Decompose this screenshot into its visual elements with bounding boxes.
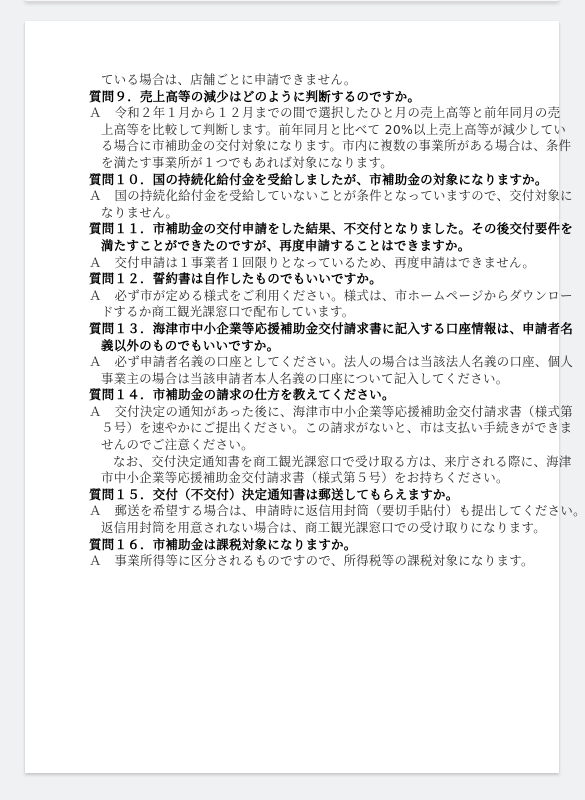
answer-13: Ａ 必ず申請者名義の口座としてください。法人の場合は当該法人名義の口座、個人 — [89, 354, 501, 371]
answer-14: Ａ 交付決定の通知があった後に、海津市中小企業等応援補助金交付請求書（様式第 — [89, 404, 501, 421]
answer-paragraph-note: なお、交付決定通知書を商工観光課窓口で受け取る方は、来庁される際に、海津 — [89, 454, 501, 471]
question-15: 質問１５．交付（不交付）決定通知書は郵送してもらえますか。 — [89, 487, 501, 504]
question-11: 質問１１．市補助金の交付申請をした結果、不交付となりました。その後交付要件を — [89, 221, 501, 238]
answer-continuation: 上高等を比較して判断します。前年同月と比べて 20%以上売上高等が減少してい — [89, 122, 501, 139]
question-continuation: 満たすことができたのですが、再度申請することはできますか。 — [89, 238, 501, 255]
answer-continuation: 事業主の場合は当該申請者本人名義の口座について記入してください。 — [89, 371, 501, 388]
answer-continuation: なりません。 — [89, 205, 501, 222]
question-14: 質問１４．市補助金の請求の仕方を教えてください。 — [89, 387, 501, 404]
question-16: 質問１６．市補助金は課税対象になりますか。 — [89, 537, 501, 554]
answer-continuation: ５号）を速やかにご提出ください。この請求がないと、市は支払い手続きができま — [89, 420, 501, 437]
answer-continuation: ている場合は、店舗ごとに申請できません。 — [89, 72, 501, 89]
answer-continuation: 返信用封筒を用意されない場合は、商工観光課窓口での受け取りになります。 — [89, 520, 501, 537]
question-13: 質問１３．海津市中小企業等応援補助金交付請求書に記入する口座情報は、申請者名 — [89, 321, 501, 338]
previous-page-edge — [25, 0, 559, 2]
question-continuation: 義以外のものでもいいですか。 — [89, 338, 501, 355]
answer-11: Ａ 交付申請は１事業者１回限りとなっているため、再度申請はできません。 — [89, 255, 501, 272]
answer-16: Ａ 事業所得等に区分されるものですので、所得税等の課税対象になります。 — [89, 553, 501, 570]
question-9: 質問９．売上高等の減少はどのように判断するのですか。 — [89, 89, 501, 106]
answer-continuation: を満たす事業所が１つでもあれば対象になります。 — [89, 155, 501, 172]
answer-continuation: ドするか商工観光課窓口で配布しています。 — [89, 304, 501, 321]
faq-content: ている場合は、店舗ごとに申請できません。 質問９．売上高等の減少はどのように判断… — [89, 72, 501, 570]
answer-15: Ａ 郵送を希望する場合は、申請時に返信用封筒（要切手貼付）も提出してください。 — [89, 503, 501, 520]
answer-12: Ａ 必ず市が定める様式をご利用ください。様式は、市ホームページからダウンロー — [89, 288, 501, 305]
answer-9: Ａ 令和２年１月から１２月までの間で選択したひと月の売上高等と前年同月の売 — [89, 105, 501, 122]
answer-continuation: せんのでご注意ください。 — [89, 437, 501, 454]
document-page: ている場合は、店舗ごとに申請できません。 質問９．売上高等の減少はどのように判断… — [25, 21, 559, 773]
answer-10: Ａ 国の持続化給付金を受給していないことが条件となっていますので、交付対象に — [89, 188, 501, 205]
answer-continuation: る場合に市補助金の交付対象になります。市内に複数の事業所がある場合は、条件 — [89, 138, 501, 155]
answer-continuation: 市中小企業等応援補助金交付請求書（様式第５号）をお持ちください。 — [89, 470, 501, 487]
question-12: 質問１２．誓約書は自作したものでもいいですか。 — [89, 271, 501, 288]
question-10: 質問１０．国の持続化給付金を受給しましたが、市補助金の対象になりますか。 — [89, 172, 501, 189]
